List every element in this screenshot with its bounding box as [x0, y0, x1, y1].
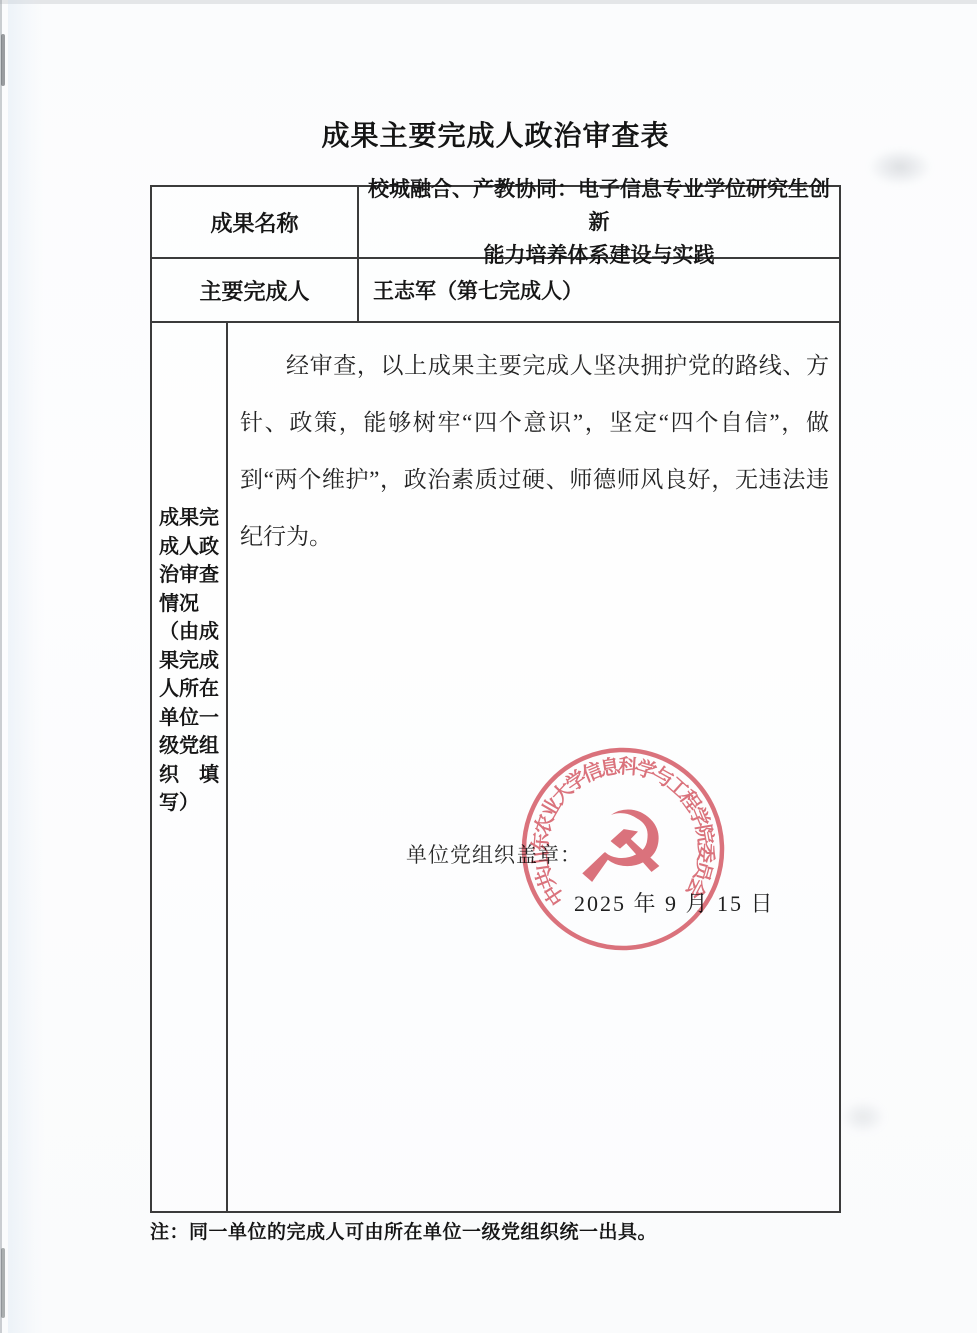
- label-line: 织 填: [159, 761, 226, 790]
- achievement-name-label: 成果名称: [152, 187, 359, 257]
- hammer-sickle-icon: ☭: [570, 783, 675, 914]
- paragraph-line: 针、政策，能够树牢“四个意识”，坚定“四个自信”，做: [240, 394, 829, 451]
- paragraph-line: 到“两个维护”，政治素质过硬、师德师风良好，无违法违: [240, 451, 829, 508]
- label-line: 写）: [159, 789, 226, 818]
- table-row-political-review: 成果完 成人政 治审查 情况 （由成 果完成 人所在 单位一 级党组 织 填 写…: [152, 323, 839, 1211]
- scan-smudge: [840, 1100, 886, 1134]
- label-line: 果完成: [159, 647, 226, 676]
- table-row-main-contributor: 主要完成人 王志军（第七完成人）: [152, 259, 839, 323]
- political-review-label: 成果完 成人政 治审查 情况 （由成 果完成 人所在 单位一 级党组 织 填 写…: [152, 323, 228, 1211]
- main-contributor-label: 主要完成人: [152, 259, 359, 321]
- political-review-content-cell: 经审查，以上成果主要完成人坚决拥护党的路线、方 针、政策，能够树牢“四个意识”，…: [228, 323, 839, 1211]
- review-form-table: 成果名称 校城融合、产教协同：电子信息专业学位研究生创新 能力培养体系建设与实践…: [150, 185, 841, 1213]
- achievement-name-line1: 校城融合、产教协同：电子信息专业学位研究生创新: [359, 173, 839, 239]
- main-contributor-value: 王志军（第七完成人）: [359, 259, 839, 321]
- page-title: 成果主要完成人政治审查表: [150, 114, 841, 154]
- paragraph-line: 纪行为。: [240, 508, 829, 565]
- label-line: 人所在: [159, 675, 226, 704]
- label-line: （由成: [159, 618, 226, 647]
- label-line: 单位一: [159, 704, 226, 733]
- table-row-achievement-name: 成果名称 校城融合、产教协同：电子信息专业学位研究生创新 能力培养体系建设与实践: [152, 187, 839, 259]
- label-line: 成果完: [159, 504, 226, 533]
- scan-left-tint: [8, 0, 44, 1333]
- footnote: 注：同一单位的完成人可由所在单位一级党组织统一出具。: [150, 1217, 657, 1244]
- label-line: 治审查: [159, 561, 226, 590]
- scanned-document-page: 成果主要完成人政治审查表 成果名称 校城融合、产教协同：电子信息专业学位研究生创…: [0, 0, 977, 1333]
- paragraph-line: 经审查，以上成果主要完成人坚决拥护党的路线、方: [240, 337, 829, 394]
- scan-smudge: [868, 148, 932, 186]
- scan-left-edge: [0, 0, 2, 1333]
- scan-edge-mark: [1, 34, 5, 86]
- scan-edge-mark: [1, 1248, 5, 1318]
- review-statement-paragraph: 经审查，以上成果主要完成人坚决拥护党的路线、方 针、政策，能够树牢“四个意识”，…: [240, 337, 829, 565]
- party-seal: 中共山东农业大学信息科学与工程学院委员会 ☭: [507, 733, 739, 965]
- label-line: 级党组: [159, 732, 226, 761]
- label-line: 情况: [159, 590, 226, 619]
- label-line: 成人政: [159, 533, 226, 562]
- scan-top-edge: [0, 0, 977, 4]
- achievement-name-value: 校城融合、产教协同：电子信息专业学位研究生创新 能力培养体系建设与实践: [359, 187, 839, 257]
